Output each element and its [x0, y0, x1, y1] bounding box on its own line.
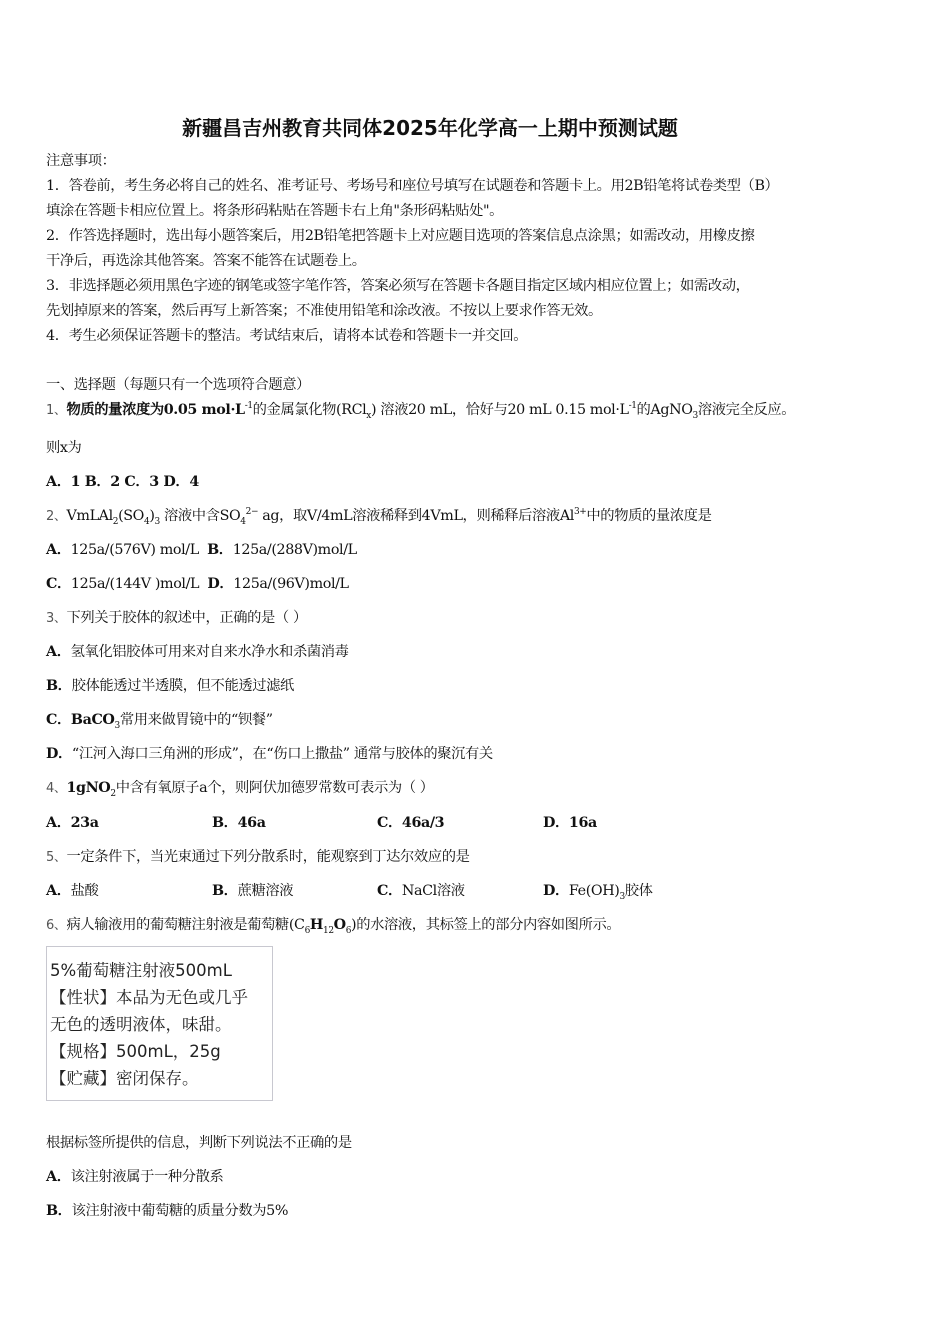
- question-1-options: A．1 B．2 C．3 D．4: [46, 473, 199, 491]
- glucose-label-image: 5%葡萄糖注射液500mL 【性状】本品为无色或几乎 无色的透明液体，味甜。 【…: [46, 946, 273, 1101]
- label-line: 【性状】本品为无色或几乎: [50, 984, 272, 1011]
- option-d: D．Fe(OH)3胶体: [543, 882, 653, 900]
- option-b: B．46a: [212, 814, 266, 832]
- option-c: C．NaCl溶液: [377, 882, 465, 900]
- label-line: 【规格】500mL，25g: [50, 1038, 272, 1065]
- notice-line: 干净后，再选涂其他答案。答案不能答在试题卷上。: [46, 252, 366, 270]
- notice-line: 4．考生必须保证答题卡的整洁。考试结束后，请将本试卷和答题卡一并交回。: [46, 327, 527, 345]
- notice-line: 先划掉原来的答案，然后再写上新答案；不准使用铅笔和涂改液。不按以上要求作答无效。: [46, 302, 602, 320]
- question-number: 1、: [46, 403, 66, 418]
- question-1-line2: 则x为: [46, 439, 81, 457]
- question-1-stem: 1、物质的量浓度为0.05 mol·L-1的金属氯化物(RClx) 溶液20 m…: [46, 401, 795, 420]
- question-3-option-a: A．氢氧化铝胶体可用来对自来水净水和杀菌消毒: [46, 643, 349, 661]
- question-2-options-ab: A．125a/(576V) mol/L B．125a/(288V)mol/L: [46, 541, 357, 559]
- option-c: C．46a/3: [377, 814, 444, 832]
- question-3-option-d: D．“江河入海口三角洲的形成”，在“伤口上撒盐” 通常与胶体的聚沉有关: [46, 745, 493, 763]
- label-line: 【贮藏】密闭保存。: [50, 1065, 272, 1092]
- label-line: 无色的透明液体，味甜。: [50, 1011, 272, 1038]
- question-6-option-a: A．该注射液属于一种分散系: [46, 1168, 223, 1186]
- question-5-stem: 5、一定条件下，当光束通过下列分散系时，能观察到丁达尔效应的是: [46, 848, 470, 867]
- notice-heading: 注意事项：: [46, 152, 115, 170]
- notice-line: 2．作答选择题时，选出每小题答案后，用2B铅笔把答题卡上对应题目选项的答案信息点…: [46, 227, 754, 245]
- notice-line: 3．非选择题必须用黑色字迹的钢笔或签字笔作答，答案必须写在答题卡各题目指定区域内…: [46, 277, 750, 295]
- question-6-question: 根据标签所提供的信息，判断下列说法不正确的是: [46, 1134, 352, 1152]
- notice-line: 1．答卷前，考生务必将自己的姓名、准考证号、考场号和座位号填写在试题卷和答题卡上…: [46, 177, 778, 195]
- section-heading: 一、选择题（每题只有一个选项符合题意）: [46, 376, 310, 394]
- page-title: 新疆昌吉州教育共同体2025年化学高一上期中预测试题: [0, 112, 860, 141]
- question-6-stem: 6、病人输液用的葡萄糖注射液是葡萄糖(C6H12O6)的水溶液，其标签上的部分内…: [46, 916, 620, 935]
- label-line: 5%葡萄糖注射液500mL: [50, 957, 272, 984]
- question-2-stem: 2、VmLAl2(SO4)3 溶液中含SO42− ag，取V/4mL溶液稀释到4…: [46, 507, 711, 526]
- question-3-stem: 3、下列关于胶体的叙述中，正确的是（ ）: [46, 609, 307, 628]
- notice-line: 填涂在答题卡相应位置上。将条形码粘贴在答题卡右上角"条形码粘贴处"。: [46, 202, 503, 220]
- question-3-option-c: C．BaCO3常用来做胃镜中的“钡餐”: [46, 711, 273, 729]
- question-2-options-cd: C．125a/(144V )mol/L D．125a/(96V)mol/L: [46, 575, 349, 593]
- question-4-stem: 4、1gNO2中含有氧原子a个，则阿伏加德罗常数可表示为（ ）: [46, 779, 434, 798]
- question-3-option-b: B．胶体能透过半透膜，但不能透过滤纸: [46, 677, 294, 695]
- option-a: A．23a: [46, 814, 99, 832]
- option-a: A．盐酸: [46, 882, 98, 900]
- option-b: B．蔗糖溶液: [212, 882, 293, 900]
- option-d: D．16a: [543, 814, 597, 832]
- question-6-option-b: B．该注射液中葡萄糖的质量分数为5%: [46, 1202, 288, 1220]
